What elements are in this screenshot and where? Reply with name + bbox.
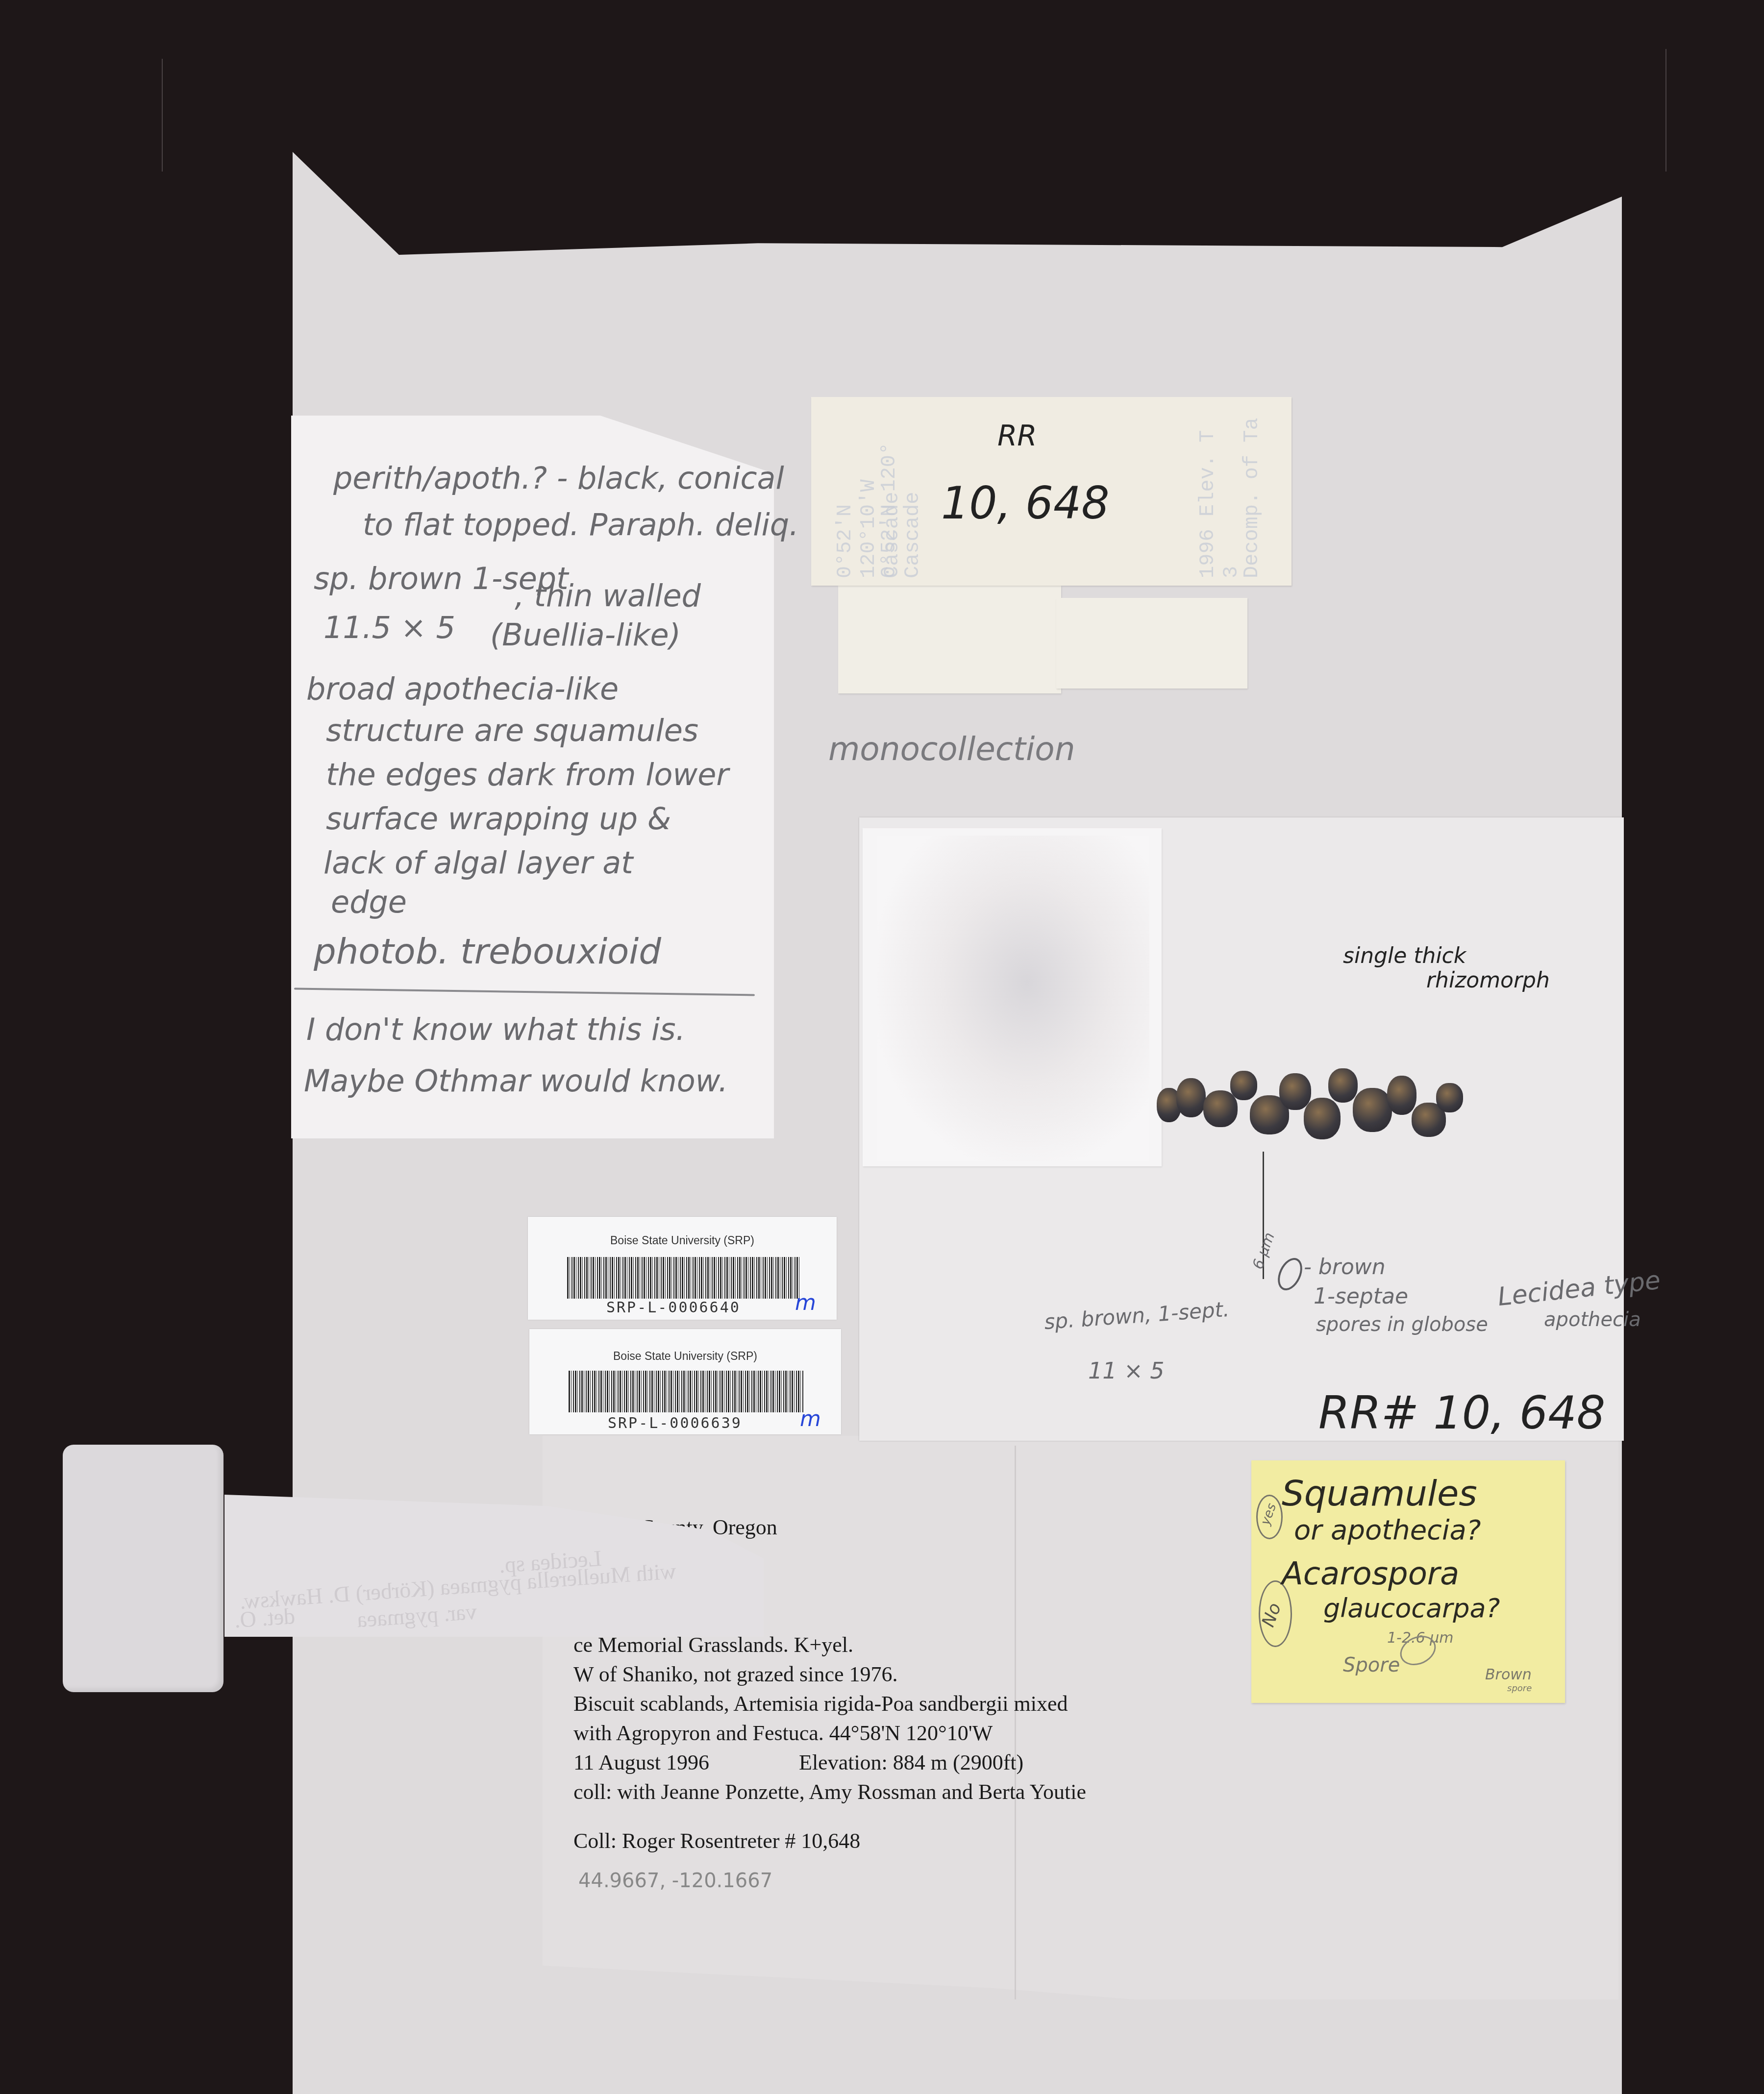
note-line: broad apothecia-like — [306, 674, 619, 704]
packet-flap-left — [838, 586, 1061, 693]
barcode-id: SRP-L-0006640 — [606, 1299, 741, 1316]
eraser-weight — [63, 1445, 224, 1692]
frame-tick-right — [1665, 49, 1666, 172]
barcode-institution: Boise State University (SRP) — [528, 1234, 837, 1247]
label-date: 11 August 1996 — [573, 1752, 709, 1774]
frame-tick-left — [162, 59, 163, 172]
barcode-icon — [567, 1257, 800, 1299]
label-locality-detail: W of Shaniko, not grazed since 1976. — [573, 1664, 897, 1685]
barcode-check-mark: m — [800, 1406, 821, 1431]
note-line: Maybe Othmar would know. — [304, 1066, 728, 1096]
note-line: surface wrapping up & — [326, 804, 671, 834]
spore-color-note: - brown — [1304, 1255, 1386, 1280]
note-line: perith/apoth.? - black, conical — [333, 463, 784, 493]
barcode-label: Boise State University (SRP) SRP-L-00066… — [528, 1217, 837, 1320]
monocollection-note: monocollection — [828, 730, 1075, 768]
tissue-paper-stain — [877, 836, 1149, 1161]
packet-ghost-text: 1996 Elev. T 3 — [1196, 407, 1243, 578]
note-line: , thin walled — [515, 581, 701, 611]
lichen-specimen — [1157, 1068, 1466, 1142]
sticky-line: glaucocarpa? — [1323, 1593, 1500, 1624]
note-line: I don't know what this is. — [306, 1014, 685, 1045]
packet-number: 10, 648 — [941, 478, 1110, 529]
lecidea-type-note: apothecia — [1544, 1308, 1641, 1331]
barcode-icon — [569, 1371, 804, 1412]
sheet-fold-line — [1015, 1446, 1016, 1999]
label-elevation: Elevation: 884 m (2900ft) — [799, 1752, 1023, 1774]
label-habitat-coords: with Agropyron and Festuca. 44°58'N 120°… — [573, 1723, 993, 1744]
packet-rr-label: RR — [997, 419, 1037, 452]
label-collector: Coll: Roger Rosentreter # 10,648 — [573, 1830, 860, 1852]
note-line: photob. trebouxioid — [314, 934, 661, 969]
label-decimal-coords: 44.9667, -120.1667 — [578, 1870, 772, 1892]
note-line: to flat topped. Paraph. deliq. — [363, 510, 799, 540]
sticky-brown: Brown — [1485, 1666, 1532, 1683]
note-line: the edges dark from lower — [326, 760, 729, 790]
label-co-collectors: coll: with Jeanne Ponzette, Amy Rossman … — [573, 1781, 1086, 1803]
note-line: 11.5 × 5 — [323, 613, 455, 643]
spore-dimension: 11 × 5 — [1088, 1357, 1165, 1384]
mirrored-det-text: det. O. — [233, 1603, 296, 1633]
barcode-check-mark: m — [795, 1290, 816, 1315]
note-line: edge — [331, 887, 407, 917]
note-line: structure are squamules — [326, 715, 698, 746]
rhizomorph-note: single thick — [1343, 943, 1466, 968]
label-habitat: Biscuit scablands, Artemisia rigida-Poa … — [573, 1693, 1068, 1715]
barcode-id: SRP-L-0006639 — [608, 1415, 742, 1432]
sticky-line: or apothecia? — [1294, 1514, 1481, 1546]
sticky-line: Squamules — [1282, 1473, 1477, 1514]
barcode-label: Boise State University (SRP) SRP-L-00066… — [529, 1329, 841, 1434]
note-line: (Buellia-like) — [490, 620, 681, 650]
sticky-spore: Spore — [1343, 1654, 1400, 1676]
spores-globose-note: spores in globose — [1316, 1313, 1488, 1336]
packet-ghost-text: Decomp. of Ta — [1240, 407, 1264, 578]
sticky-line: Acarospora — [1282, 1556, 1459, 1592]
label-locality: ce Memorial Grasslands. K+yel. — [573, 1634, 853, 1656]
septae-note: 1-septae — [1314, 1284, 1408, 1309]
rhizomorph-note: rhizomorph — [1426, 968, 1550, 993]
barcode-institution: Boise State University (SRP) — [529, 1350, 841, 1363]
packet-ghost-text: 0°52'N 120° Cascade — [877, 407, 924, 578]
note-line: lack of algal layer at — [323, 848, 633, 878]
rr-number: RR# 10, 648 — [1318, 1387, 1605, 1439]
packet-flap-right — [1056, 598, 1247, 689]
sticky-brown-spore: spore — [1507, 1683, 1532, 1694]
